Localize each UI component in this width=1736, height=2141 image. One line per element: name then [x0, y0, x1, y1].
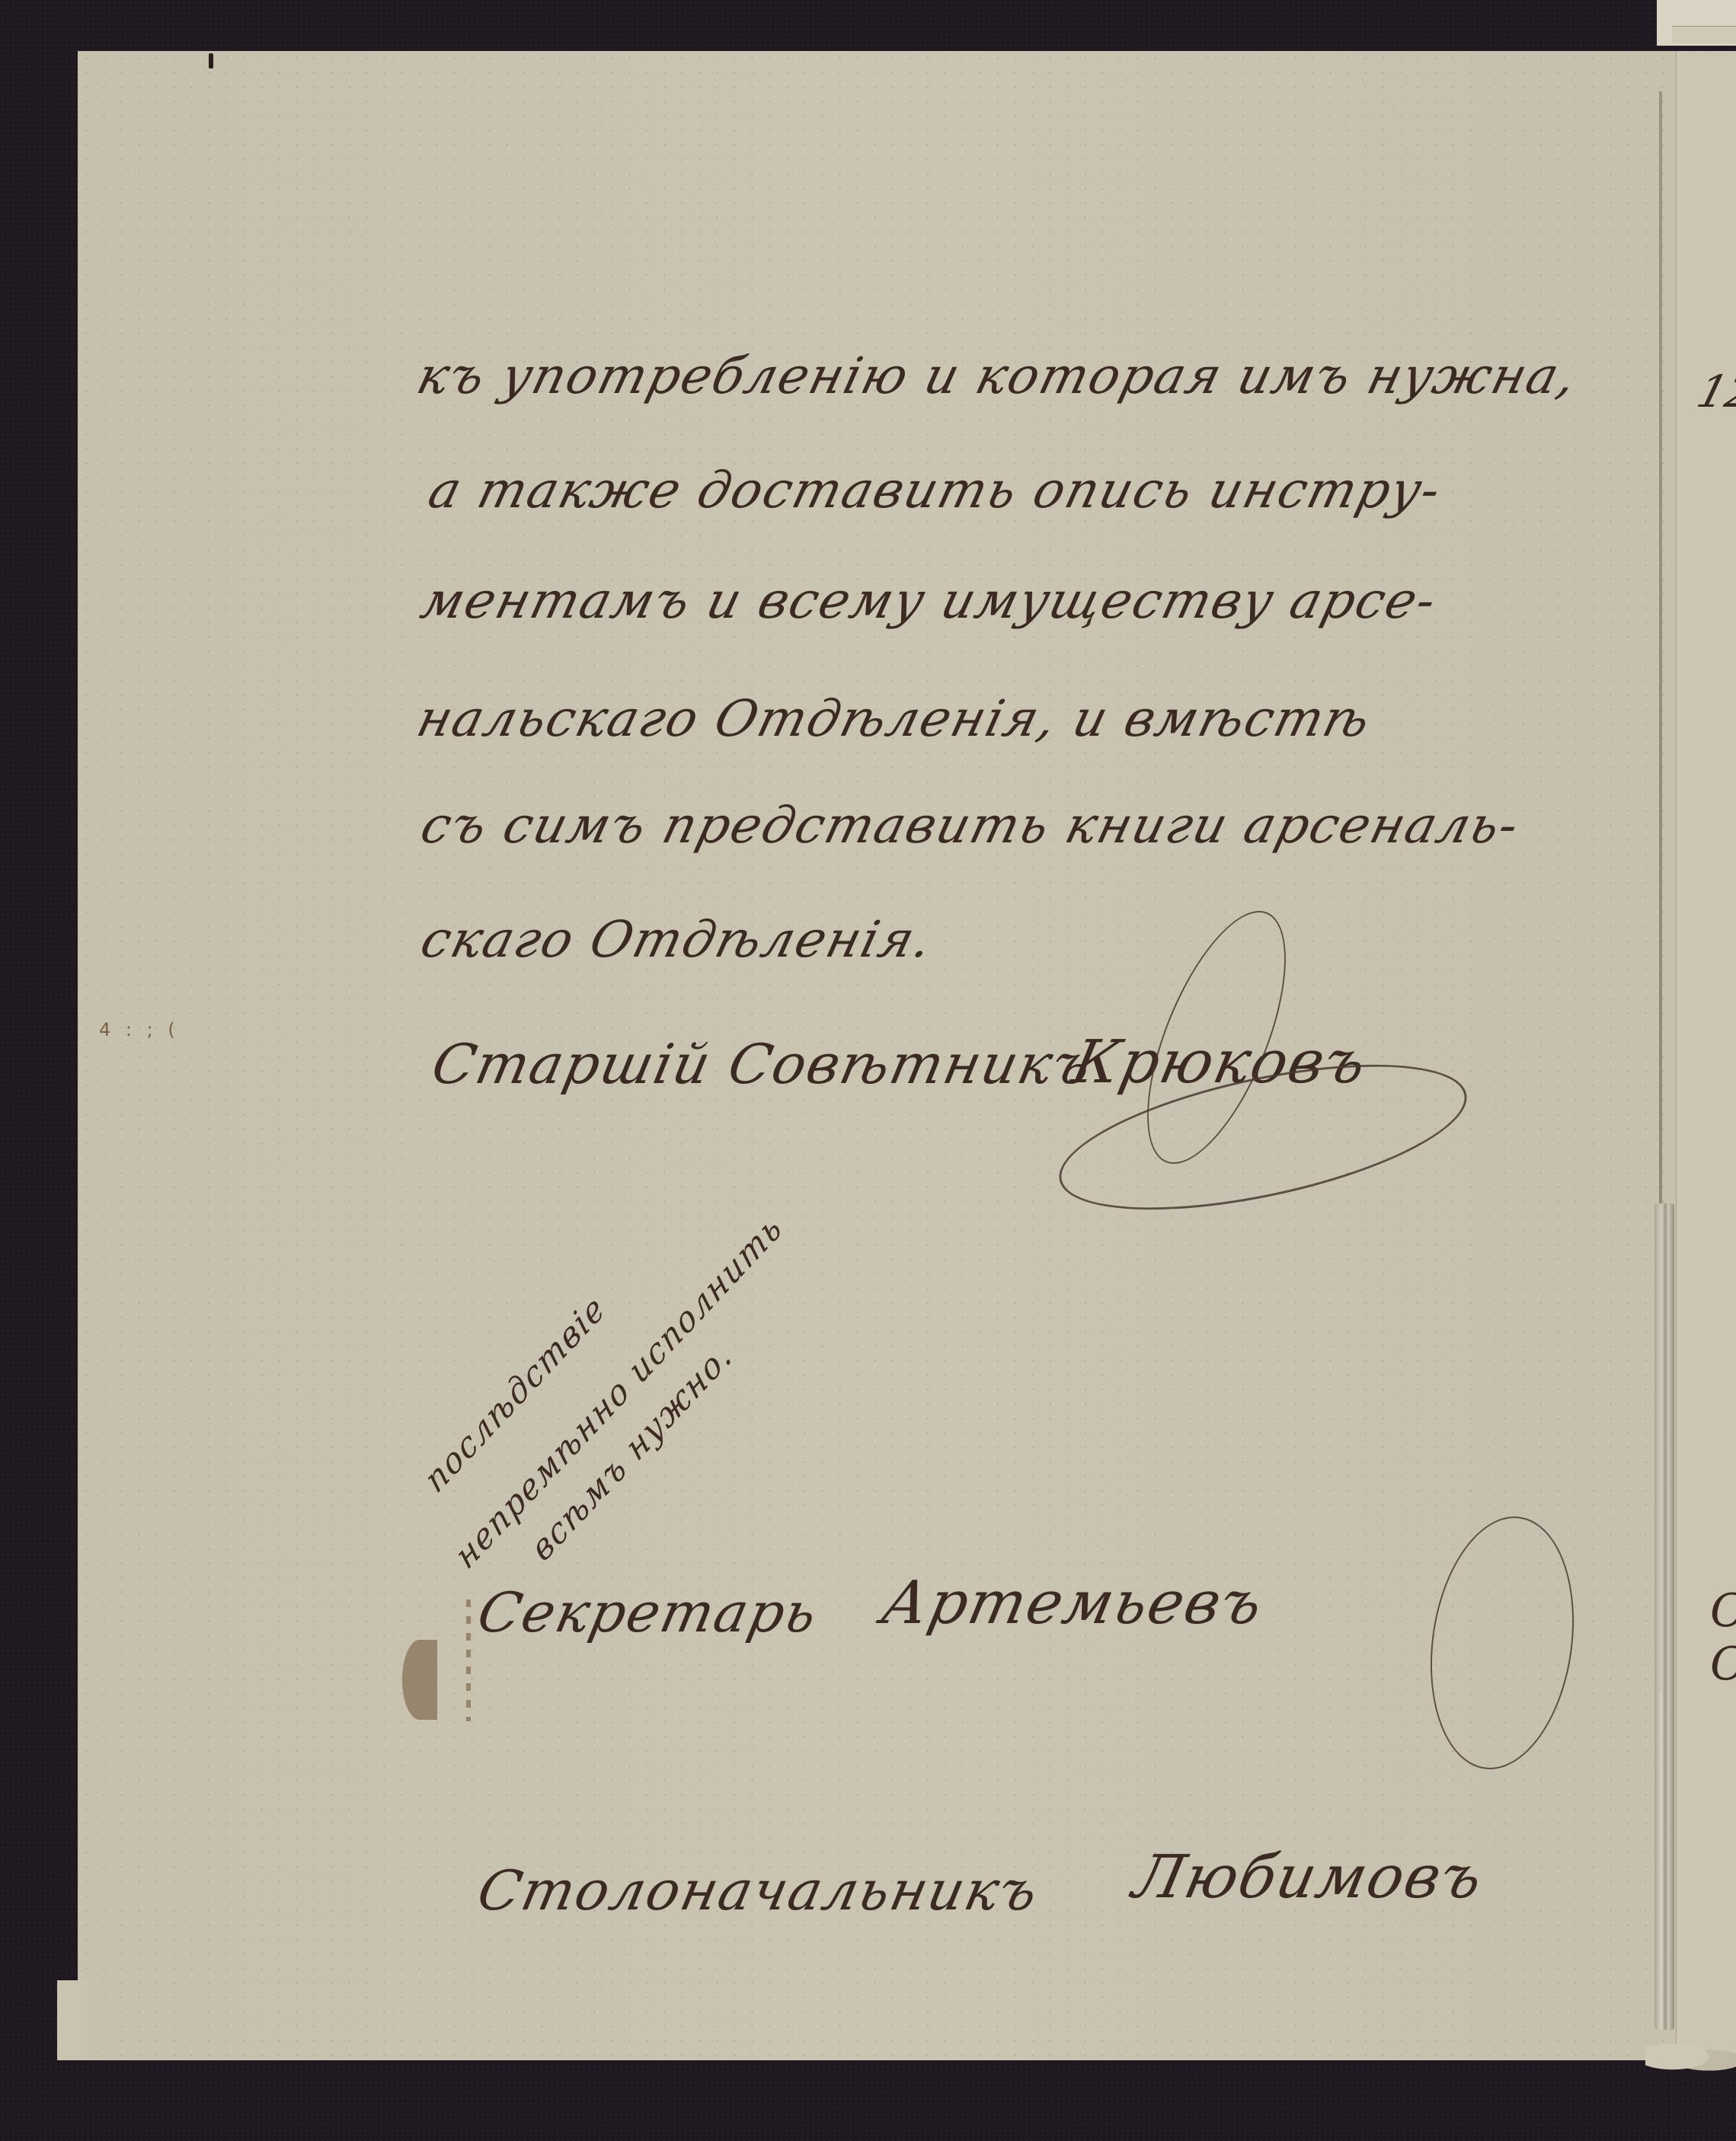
margin-resolution-note: послѣдствіе непремѣнно исполнить всѣмъ н… [427, 1211, 823, 1546]
body-line-4: нальскаго Отдѣленія, и вмѣстѣ [411, 689, 1377, 748]
adjacent-page-top [1657, 0, 1736, 46]
signature-2-name: Артемьевъ [876, 1569, 1270, 1638]
signature-3-name: Любимовъ [1127, 1843, 1490, 1912]
binding-spine [1654, 1203, 1674, 2030]
body-line-6: скаго Отдѣленія. [415, 910, 939, 969]
margin-ink-marks: 4 : ; ( [99, 1019, 180, 1040]
body-line-5: съ симъ представить книги арсеналь- [415, 796, 1526, 855]
body-line-3: ментамъ и всему имуществу арсе- [415, 571, 1443, 630]
body-line-1: къ употребленію и которая имъ нужна, [411, 347, 1584, 405]
adjacent-page-lip [1672, 26, 1736, 43]
signature-3-title: Столоначальникъ [472, 1858, 1045, 1922]
signature-2-title: Секретарь [472, 1580, 824, 1644]
margin-note-line-1: послѣдствіе [418, 1287, 612, 1501]
page-corner [57, 1980, 88, 2060]
binding-thread [1645, 2041, 1736, 2079]
edge-notch-mark [209, 53, 213, 69]
ink-stain [402, 1640, 437, 1720]
ink-speckles [466, 1599, 471, 1721]
adjacent-page [1676, 51, 1736, 2062]
signature-1-title: Старшій Совѣтникъ [427, 1032, 1098, 1096]
right-page-fragment-2: С [1710, 1638, 1736, 1691]
right-page-fragment-1: С [1710, 1584, 1736, 1638]
body-line-2: а также доставить опись инстру- [423, 461, 1448, 519]
